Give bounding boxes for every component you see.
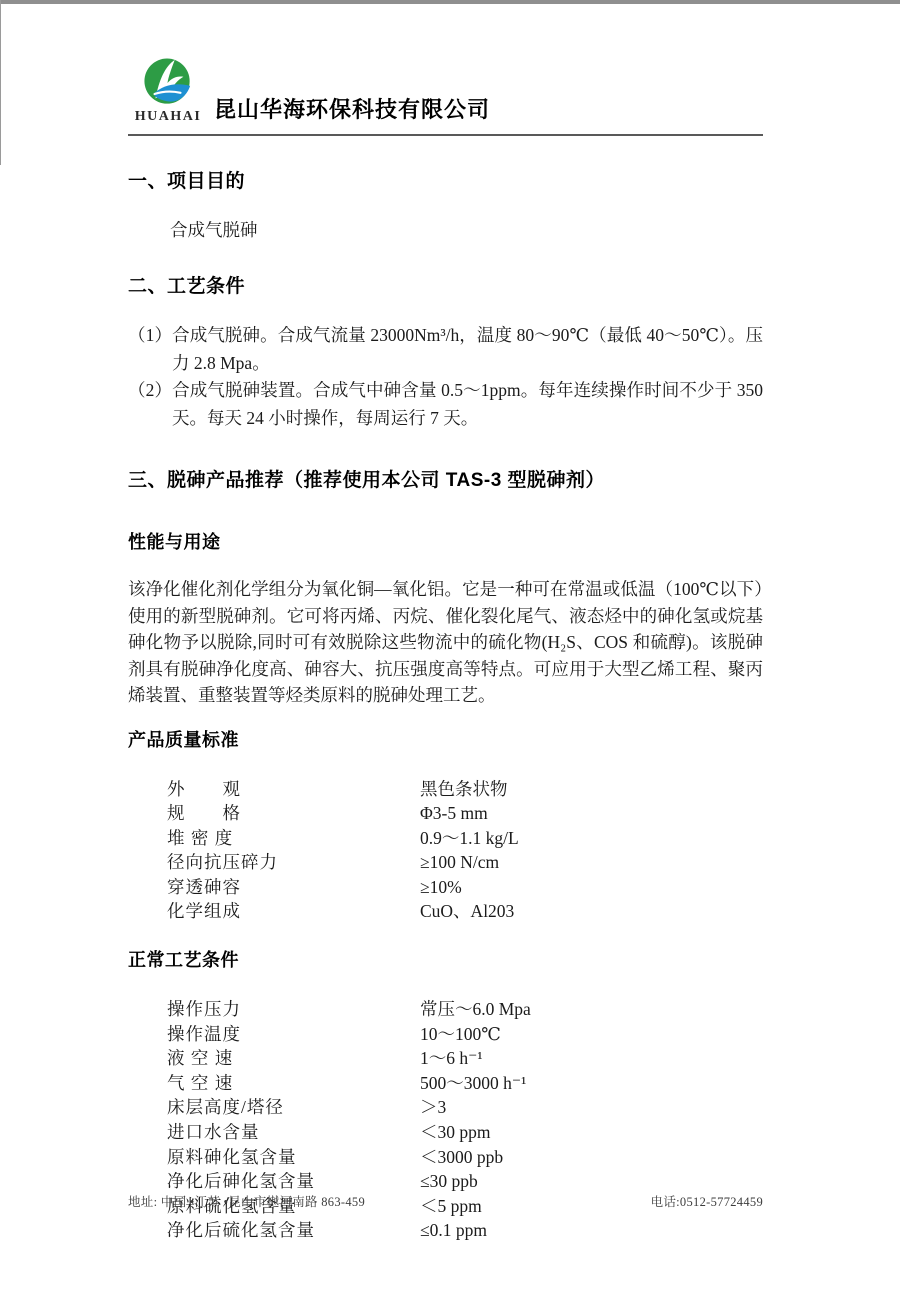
company-header: HUAHAI 昆山华海环保科技有限公司 [128, 0, 763, 136]
list-item: （1）合成气脱砷。合成气流量 23000Nm³/h，温度 80～90℃（最低 4… [128, 322, 763, 377]
footer-address: 地址: 中国 •江苏 •昆山市樾河南路 863-459 [128, 1192, 365, 1210]
spec-label: 穿透砷容 [167, 875, 420, 900]
footer-phone: 电话:0512-57724459 [651, 1192, 763, 1210]
spec-label: 规 格 [167, 801, 420, 826]
page-footer: 地址: 中国 •江苏 •昆山市樾河南路 863-459 电话:0512-5772… [128, 1192, 763, 1210]
spec-label: 原料砷化氢含量 [167, 1145, 420, 1170]
spec-label: 床层高度/塔径 [167, 1095, 420, 1120]
spec-value: ≤30 ppb [420, 1169, 763, 1194]
list-item-text: 合成气脱砷装置。合成气中砷含量 0.5～1ppm。每年连续操作时间不少于 350… [172, 380, 763, 428]
table-row: 原料砷化氢含量＜3000 ppb [128, 1145, 763, 1170]
table-row: 进口水含量＜30 ppm [128, 1120, 763, 1145]
spec-value: 10～100℃ [420, 1022, 763, 1047]
quality-spec-table: 外 观黑色条状物 规 格Φ3-5 mm 堆 密 度0.9～1.1 kg/L 径向… [128, 777, 763, 925]
spec-value: 0.9～1.1 kg/L [420, 826, 763, 851]
table-row: 气 空 速500～3000 h⁻¹ [128, 1071, 763, 1096]
table-row: 化学组成CuO、Al203 [128, 899, 763, 924]
process-conditions-list: （1）合成气脱砷。合成气流量 23000Nm³/h，温度 80～90℃（最低 4… [128, 322, 763, 432]
spec-label: 液 空 速 [167, 1046, 420, 1071]
section-2-title: 二、工艺条件 [128, 271, 763, 298]
logo-wordmark: HUAHAI [135, 109, 202, 125]
table-row: 穿透砷容≥10% [128, 875, 763, 900]
scan-edge-top [0, 0, 900, 4]
spec-value: 黑色条状物 [420, 777, 763, 802]
spec-value: 常压～6.0 Mpa [420, 997, 763, 1022]
table-row: 净化后硫化氢含量≤0.1 ppm [128, 1218, 763, 1243]
section-1-title: 一、项目目的 [128, 166, 763, 193]
spec-label: 进口水含量 [167, 1120, 420, 1145]
scan-edge-left [0, 0, 1, 165]
spec-value: Φ3-5 mm [420, 801, 763, 826]
section-1-body: 合成气脱砷 [170, 217, 763, 244]
performance-subtitle: 性能与用途 [128, 528, 763, 554]
conditions-subtitle: 正常工艺条件 [128, 946, 763, 972]
spec-value: CuO、Al203 [420, 899, 763, 924]
list-item: （2）合成气脱砷装置。合成气中砷含量 0.5～1ppm。每年连续操作时间不少于 … [128, 377, 763, 432]
spec-value: ≤0.1 ppm [420, 1218, 763, 1243]
spec-value: ≥100 N/cm [420, 850, 763, 875]
table-row: 规 格Φ3-5 mm [128, 801, 763, 826]
spec-label: 净化后硫化氢含量 [167, 1218, 420, 1243]
list-item-text: 合成气脱砷。合成气流量 23000Nm³/h，温度 80～90℃（最低 40～5… [172, 325, 763, 373]
spec-value: 1～6 h⁻¹ [420, 1046, 763, 1071]
spec-label: 净化后砷化氢含量 [167, 1169, 420, 1194]
table-row: 堆 密 度0.9～1.1 kg/L [128, 826, 763, 851]
spec-value: ＜30 ppm [420, 1120, 763, 1145]
table-row: 操作温度10～100℃ [128, 1022, 763, 1047]
document-body: 一、项目目的 合成气脱砷 二、工艺条件 （1）合成气脱砷。合成气流量 23000… [128, 166, 763, 1243]
huahai-logo-icon [141, 58, 195, 108]
section-3-title: 三、脱砷产品推荐（推荐使用本公司 TAS-3 型脱砷剂） [128, 465, 763, 492]
spec-label: 径向抗压碎力 [167, 850, 420, 875]
spec-value: ＜3000 ppb [420, 1145, 763, 1170]
spec-label: 气 空 速 [167, 1071, 420, 1096]
document-page: HUAHAI 昆山华海环保科技有限公司 一、项目目的 合成气脱砷 二、工艺条件 … [0, 0, 900, 1300]
document-content: HUAHAI 昆山华海环保科技有限公司 一、项目目的 合成气脱砷 二、工艺条件 … [128, 0, 763, 1243]
logo-block: HUAHAI [128, 58, 208, 125]
spec-value: ＞3 [420, 1095, 763, 1120]
list-item-number: （2） [128, 380, 172, 400]
spec-label: 操作温度 [167, 1022, 420, 1047]
table-row: 径向抗压碎力≥100 N/cm [128, 850, 763, 875]
table-row: 外 观黑色条状物 [128, 777, 763, 802]
brand-block: HUAHAI 昆山华海环保科技有限公司 [128, 0, 763, 125]
spec-value: ≥10% [420, 875, 763, 900]
quality-subtitle: 产品质量标准 [128, 726, 763, 752]
spec-label: 操作压力 [167, 997, 420, 1022]
company-name: 昆山华海环保科技有限公司 [214, 93, 490, 124]
list-item-number: （1） [128, 325, 172, 345]
spec-value: 500～3000 h⁻¹ [420, 1071, 763, 1096]
performance-paragraph: 该净化催化剂化学组分为氧化铜—氧化铝。它是一种可在常温或低温（100℃以下）使用… [128, 576, 763, 709]
spec-label: 外 观 [167, 777, 420, 802]
spec-label: 化学组成 [167, 899, 420, 924]
header-rule [128, 134, 763, 136]
table-row: 操作压力常压～6.0 Mpa [128, 997, 763, 1022]
table-row: 净化后砷化氢含量≤30 ppb [128, 1169, 763, 1194]
table-row: 床层高度/塔径＞3 [128, 1095, 763, 1120]
spec-label: 堆 密 度 [167, 826, 420, 851]
table-row: 液 空 速1～6 h⁻¹ [128, 1046, 763, 1071]
